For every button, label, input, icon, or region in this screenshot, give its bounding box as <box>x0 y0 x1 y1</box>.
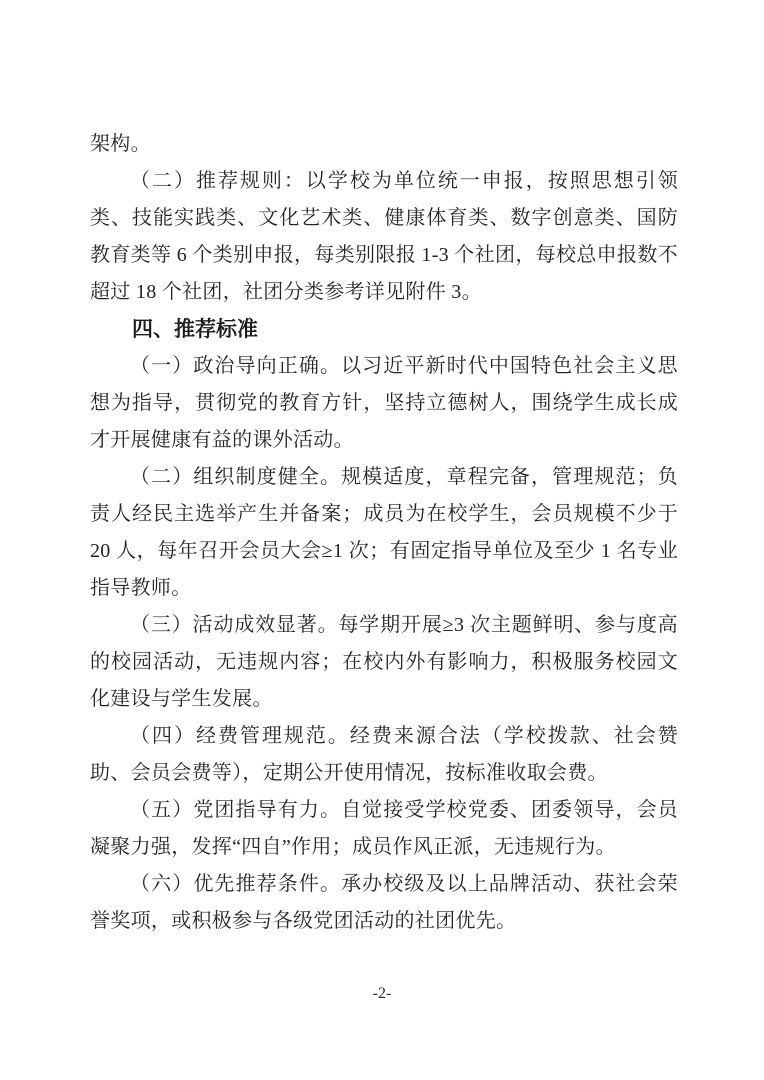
paragraph-political-orientation: （一）政治导向正确。以习近平新时代中国特色社会主义思想为指导，贯彻党的教育方针，… <box>90 348 678 459</box>
paragraph-activity-effectiveness: （三）活动成效显著。每学期开展≥3 次主题鲜明、参与度高的校园活动，无违规内容；… <box>90 607 678 718</box>
paragraph-priority-conditions: （六）优先推荐条件。承办校级及以上品牌活动、获社会荣誉奖项，或积极参与各级党团活… <box>90 866 678 940</box>
document-body: 架构。 （二）推荐规则：以学校为单位统一申报，按照思想引领类、技能实践类、文化艺… <box>90 126 678 940</box>
paragraph-party-league-guidance: （五）党团指导有力。自觉接受学校党委、团委领导，会员凝聚力强，发挥“四自”作用；… <box>90 792 678 866</box>
section-heading-recommendation-standards: 四、推荐标准 <box>90 311 678 348</box>
page-number: -2- <box>0 983 764 1005</box>
paragraph-recommendation-rules: （二）推荐规则：以学校为单位统一申报，按照思想引领类、技能实践类、文化艺术类、健… <box>90 163 678 311</box>
paragraph-funding-management: （四）经费管理规范。经费来源合法（学校拨款、社会赞助、会员会费等），定期公开使用… <box>90 718 678 792</box>
paragraph-organizational-system: （二）组织制度健全。规模适度，章程完备，管理规范；负责人经民主选举产生并备案；成… <box>90 459 678 607</box>
document-page: 架构。 （二）推荐规则：以学校为单位统一申报，按照思想引领类、技能实践类、文化艺… <box>0 0 764 1080</box>
continuation-paragraph: 架构。 <box>90 126 678 163</box>
